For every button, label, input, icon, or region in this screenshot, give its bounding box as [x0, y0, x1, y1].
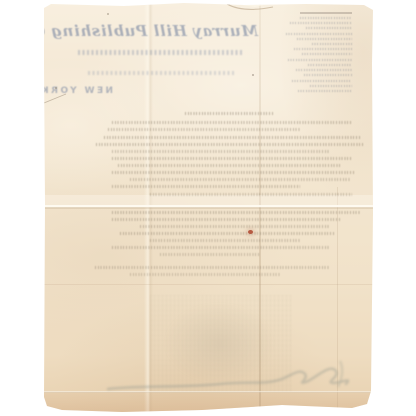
typed-line — [130, 273, 280, 276]
typed-line — [112, 157, 352, 160]
hairline-crease — [44, 91, 68, 105]
photo-backdrop: Murray Hill Publishing Co. NEW YORK — [0, 0, 416, 416]
typed-line — [150, 239, 300, 242]
speck — [252, 74, 254, 76]
officer-column-rule — [300, 12, 352, 14]
stain-spot — [248, 230, 253, 234]
horizontal-crease-highlight — [44, 195, 373, 205]
officer-line — [310, 85, 352, 87]
typed-line — [104, 136, 360, 139]
letterhead-bar — [78, 50, 244, 55]
officer-line — [308, 64, 352, 66]
typed-line — [95, 266, 330, 269]
officer-line — [296, 69, 352, 71]
typed-line — [130, 178, 350, 181]
typed-line — [112, 185, 300, 188]
typed-line — [120, 232, 335, 235]
officer-line — [312, 43, 352, 45]
officer-line — [294, 48, 352, 50]
company-name-showthrough: Murray Hill Publishing Co. — [52, 22, 258, 40]
officer-line — [288, 59, 352, 61]
typed-line — [112, 171, 355, 174]
top-edge-fold-crease — [225, 3, 275, 15]
horizontal-fold-crease-main — [44, 205, 373, 209]
typed-line — [185, 112, 273, 115]
horizontal-fold-crease-faint — [44, 284, 373, 285]
typed-line — [96, 143, 365, 146]
speck — [55, 87, 57, 89]
letter-paper-reverse: Murray Hill Publishing Co. NEW YORK — [44, 3, 373, 412]
officer-line — [286, 33, 352, 35]
typed-line — [150, 193, 352, 196]
officer-line — [292, 80, 352, 82]
officer-line — [297, 38, 352, 40]
typed-line — [112, 218, 340, 221]
officer-line — [302, 53, 352, 55]
typed-line — [118, 164, 340, 167]
typed-line — [112, 211, 360, 214]
typed-line — [112, 121, 352, 124]
speck — [107, 13, 109, 15]
typed-line — [108, 128, 300, 131]
officer-line — [290, 22, 352, 24]
letterhead-bar — [88, 71, 236, 75]
typed-line — [112, 246, 330, 249]
signature-scribble-showthrough — [102, 353, 358, 401]
officer-line — [306, 27, 352, 29]
typed-line — [140, 225, 330, 228]
officer-line — [298, 90, 352, 92]
officer-line — [300, 17, 352, 19]
typed-line — [112, 150, 330, 153]
typed-line — [160, 253, 260, 256]
officer-line — [304, 74, 352, 76]
